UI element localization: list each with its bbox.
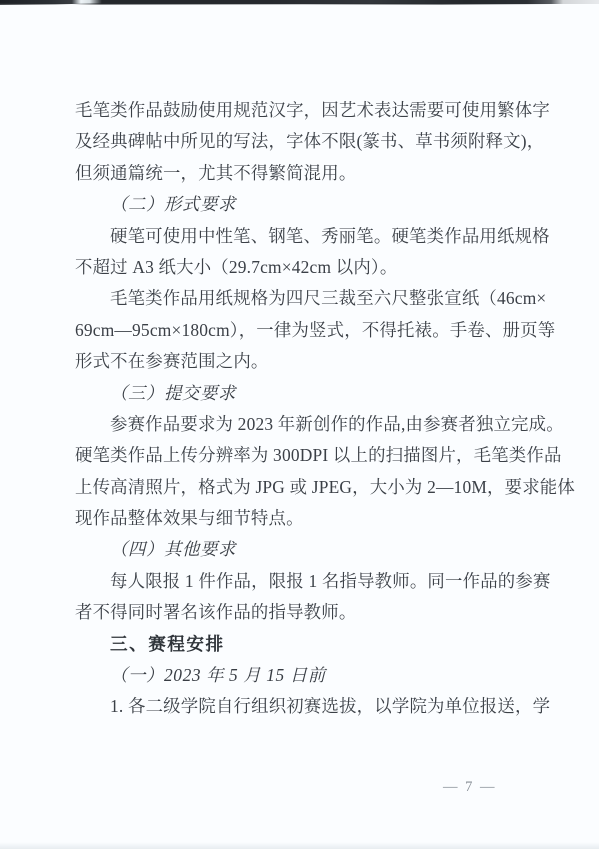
scan-bottom-edge-artifact — [0, 842, 599, 849]
doc-line-submission-4: 现作品整体效果与细节特点。 — [75, 503, 545, 534]
subheading-date-may-15: （一）2023 年 5 月 15 日前 — [75, 660, 545, 691]
doc-line-brush-rules-2: 及经典碑帖中所见的写法，字体不限(篆书、草书须附释文)， — [75, 126, 545, 157]
document-page: 毛笔类作品鼓励使用规范汉字，因艺术表达需要可使用繁体字 及经典碑帖中所见的写法，… — [75, 95, 545, 723]
doc-line-brush-rules-1: 毛笔类作品鼓励使用规范汉字，因艺术表达需要可使用繁体字 — [75, 95, 545, 126]
page-number: — 7 — — [443, 779, 553, 796]
doc-line-other-1: 每人限报 1 件作品，限报 1 名指导教师。同一作品的参赛 — [75, 566, 545, 597]
doc-line-preliminary-selection: 1. 各二级学院自行组织初赛选拔，以学院为单位报送，学 — [75, 691, 545, 722]
heading-schedule: 三、赛程安排 — [75, 629, 545, 660]
doc-line-other-2: 者不得同时署名该作品的指导教师。 — [75, 597, 545, 628]
doc-line-brush-paper-1: 毛笔类作品用纸规格为四尺三裁至六尺整张宣纸（46cm× — [75, 283, 545, 314]
doc-line-paper-size-a3: 不超过 A3 纸大小（29.7cm×42cm 以内）。 — [75, 252, 545, 283]
doc-line-submission-2: 硬笔类作品上传分辨率为 300DPI 以上的扫描图片，毛笔类作品 — [75, 440, 545, 471]
subheading-other-requirements: （四）其他要求 — [75, 534, 545, 565]
subheading-format-requirements: （二）形式要求 — [75, 189, 545, 220]
doc-line-brush-paper-2: 69cm—95cm×180cm），一律为竖式，不得托裱。手卷、册页等 — [75, 315, 545, 346]
doc-line-submission-3: 上传高清照片，格式为 JPG 或 JPEG，大小为 2—10M，要求能体 — [75, 472, 545, 503]
doc-line-submission-1: 参赛作品要求为 2023 年新创作的作品,由参赛者独立完成。 — [75, 409, 545, 440]
doc-line-brush-paper-3: 形式不在参赛范围之内。 — [75, 346, 545, 377]
doc-line-pen-types: 硬笔可使用中性笔、钢笔、秀丽笔。硬笔类作品用纸规格 — [75, 221, 545, 252]
scan-top-edge-artifact-thin — [0, 3, 552, 5]
subheading-submission-requirements: （三）提交要求 — [75, 378, 545, 409]
doc-line-brush-rules-3: 但须通篇统一，尤其不得繁简混用。 — [75, 158, 545, 189]
